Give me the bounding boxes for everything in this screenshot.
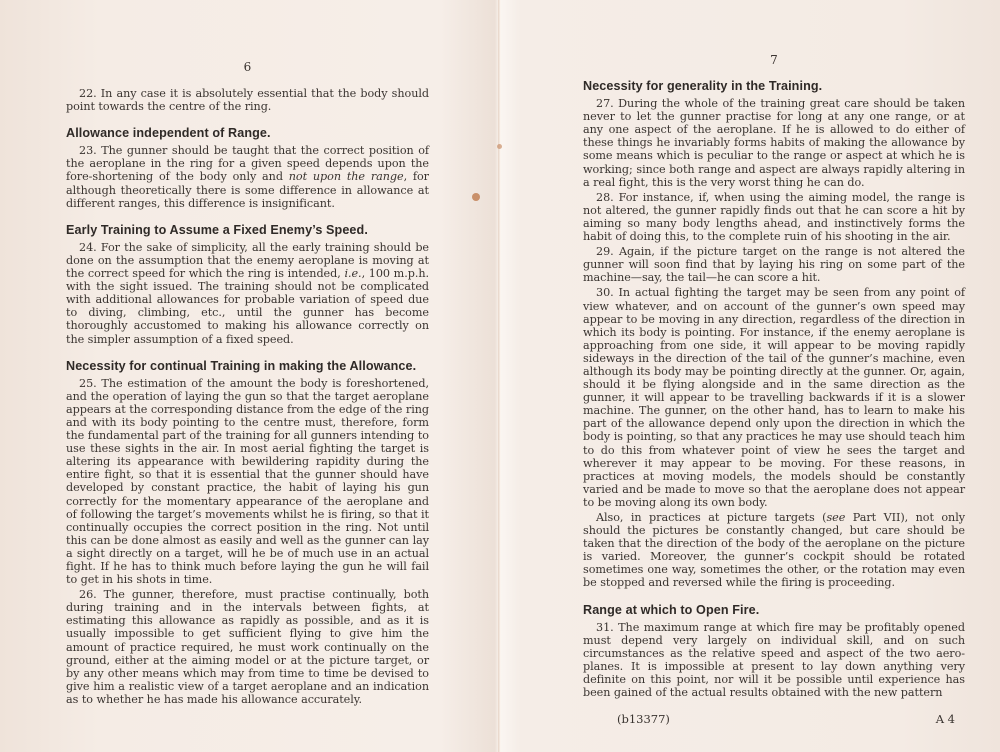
section-heading: Necessity for generality in the Training… bbox=[583, 80, 965, 93]
foxing-spot bbox=[497, 144, 502, 149]
paragraph: 29. Again, if the picture target on the … bbox=[583, 245, 965, 284]
paragraph: 24. For the sake of simplicity, all the … bbox=[66, 241, 429, 346]
left-page: 6 22. In any case it is absolutely essen… bbox=[66, 0, 429, 752]
paragraph: 26. The gunner, therefore, must practise… bbox=[66, 588, 429, 706]
paragraph: 22. In any case it is absolutely essenti… bbox=[66, 87, 429, 113]
page-body: 22. In any case it is absolutely essenti… bbox=[66, 87, 429, 708]
section-heading: Necessity for continual Training in maki… bbox=[66, 360, 429, 373]
paragraph: 31. The maximum range at which fire may … bbox=[583, 621, 965, 700]
section-heading: Early Training to Assume a Fixed Enemy’s… bbox=[66, 224, 429, 237]
paragraph: 30. In actual fighting the target may be… bbox=[583, 286, 965, 509]
page-number: 7 bbox=[583, 53, 965, 67]
print-code: (b13377) bbox=[617, 712, 670, 726]
book-gutter bbox=[498, 0, 501, 752]
section-heading: Allowance independent of Range. bbox=[66, 127, 429, 140]
paragraph: 23. The gunner should be taught that the… bbox=[66, 144, 429, 209]
paragraph: 28. For instance, if, when using the aim… bbox=[583, 191, 965, 243]
page-body: Necessity for generality in the Training… bbox=[583, 80, 965, 701]
right-page: 7 Necessity for generality in the Traini… bbox=[583, 0, 965, 752]
section-heading: Range at which to Open Fire. bbox=[583, 604, 965, 617]
paragraph: Also, in practices at picture targets (s… bbox=[583, 511, 965, 590]
foxing-spot bbox=[472, 193, 480, 201]
signature-mark: A 4 bbox=[936, 712, 955, 726]
page-footer: (b13377) A 4 bbox=[617, 712, 955, 726]
paragraph: 27. During the whole of the training gre… bbox=[583, 97, 965, 189]
paragraph: 25. The estimation of the amount the bod… bbox=[66, 377, 429, 587]
page-number: 6 bbox=[66, 60, 429, 74]
